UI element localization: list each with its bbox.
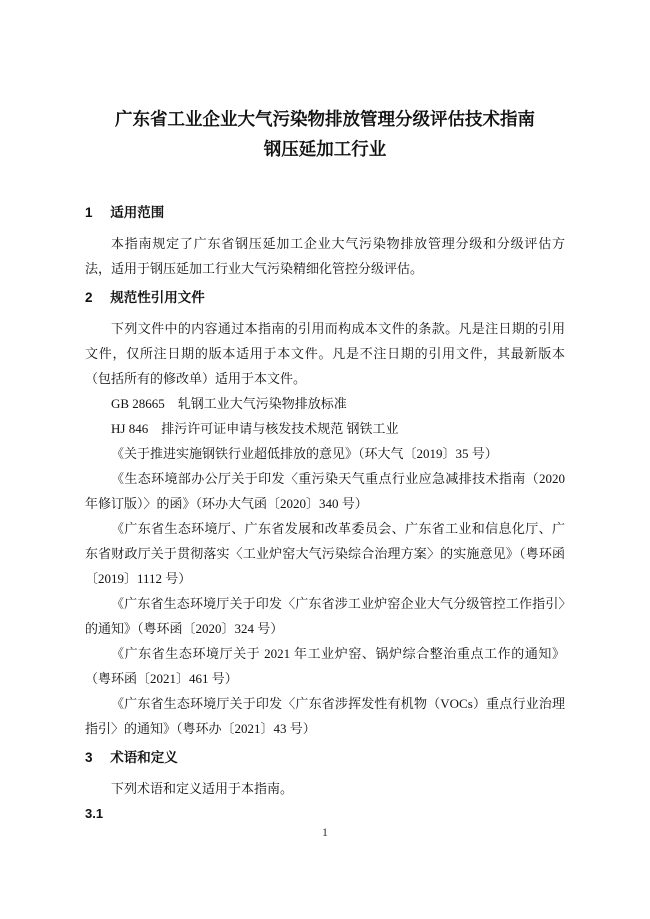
section-2-title: 规范性引用文件 xyxy=(110,290,205,305)
section-1-number: 1 xyxy=(85,200,93,225)
section-1-heading: 1 适用范围 xyxy=(85,200,565,225)
document-title-line1: 广东省工业企业大气污染物排放管理分级评估技术指南 xyxy=(115,109,535,129)
section-2-paragraph: 下列文件中的内容通过本指南的引用而构成本文件的条款。凡是注日期的引用文件，仅所注… xyxy=(85,316,565,391)
reference-item: 《广东省生态环境厅关于印发〈广东省涉挥发性有机物（VOCs）重点行业治理指引〉的… xyxy=(85,691,565,741)
reference-item: 《广东省生态环境厅关于印发〈广东省涉工业炉窑企业大气分级管控工作指引〉的通知》（… xyxy=(85,591,565,641)
subclause-3-1: 3.1 xyxy=(85,801,565,826)
document-page: 广东省工业企业大气污染物排放管理分级评估技术指南 钢压延加工行业 1 适用范围 … xyxy=(0,0,650,919)
section-3-paragraph: 下列术语和定义适用于本指南。 xyxy=(85,776,565,801)
reference-item: 《广东省生态环境厅、广东省发展和改革委员会、广东省工业和信息化厅、广东省财政厅关… xyxy=(85,516,565,591)
reference-item: GB 28665 轧钢工业大气污染物排放标准 xyxy=(85,391,565,416)
section-2-number: 2 xyxy=(85,285,93,310)
section-3-heading: 3 术语和定义 xyxy=(85,745,565,770)
section-1-title: 适用范围 xyxy=(110,205,164,220)
section-2-heading: 2 规范性引用文件 xyxy=(85,285,565,310)
reference-item: 《关于推进实施钢铁行业超低排放的意见》（环大气〔2019〕35 号） xyxy=(85,441,565,466)
page-number: 1 xyxy=(0,824,650,840)
document-content: 广东省工业企业大气污染物排放管理分级评估技术指南 钢压延加工行业 1 适用范围 … xyxy=(0,0,650,826)
section-1-paragraph: 本指南规定了广东省钢压延加工企业大气污染物排放管理分级和分级评估方法，适用于钢压… xyxy=(85,231,565,281)
document-title-line2: 钢压延加工行业 xyxy=(264,139,387,159)
section-3-title: 术语和定义 xyxy=(110,750,178,765)
reference-item: HJ 846 排污许可证申请与核发技术规范 钢铁工业 xyxy=(85,416,565,441)
section-3-number: 3 xyxy=(85,745,93,770)
reference-item: 《广东省生态环境厅关于 2021 年工业炉窑、锅炉综合整治重点工作的通知》（粤环… xyxy=(85,641,565,691)
document-title: 广东省工业企业大气污染物排放管理分级评估技术指南 钢压延加工行业 xyxy=(85,104,565,164)
reference-item: 《生态环境部办公厅关于印发〈重污染天气重点行业应急减排技术指南（2020 年修订… xyxy=(85,466,565,516)
